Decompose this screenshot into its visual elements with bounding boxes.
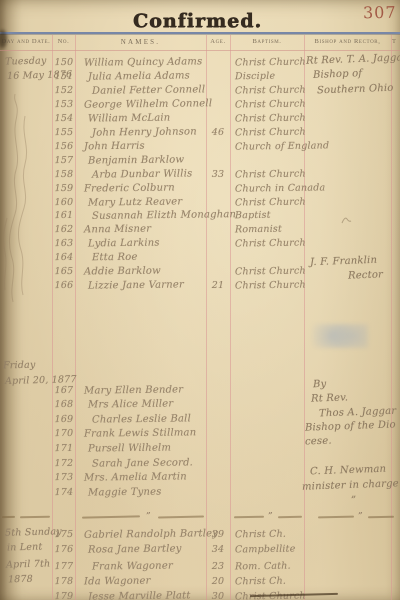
row-age: 33 <box>206 169 230 180</box>
row-number: 158 <box>53 168 75 179</box>
row-date: April 7th <box>6 558 51 570</box>
row-number: 172 <box>53 457 75 468</box>
row-age: 34 <box>206 544 230 555</box>
row-number: 155 <box>53 127 75 138</box>
row-name: Rosa Jane Bartley <box>88 543 182 555</box>
row-name: Julia Amelia Adams <box>88 70 190 82</box>
column-rule <box>230 35 231 600</box>
column-rule <box>75 35 76 600</box>
page-title: Confirmed. <box>133 10 262 32</box>
row-number: 176 <box>53 544 75 555</box>
row-name: Charles Leslie Ball <box>92 413 191 425</box>
row-name: Susannah Elizth Monaghan <box>92 210 236 223</box>
row-name: Lizzie Jane Varner <box>88 280 184 292</box>
bishop-annotation: C. H. Newman <box>310 464 387 478</box>
row-name: Frank Wagoner <box>92 561 173 573</box>
row-date: April 20, 1877 <box>5 374 77 387</box>
row-name: Mrs. Amelia Martin <box>84 471 187 483</box>
column-rule <box>206 35 207 600</box>
row-date: 5th Sunday <box>5 526 62 538</box>
row-number: 177 <box>53 561 75 572</box>
row-baptism: Christ Church <box>235 266 306 278</box>
page-number: 307 <box>363 3 397 23</box>
ditto-dash <box>278 516 302 518</box>
row-baptism: Rom. Cath. <box>235 561 291 573</box>
bishop-annotation: Thos A. Jaggar <box>319 406 397 420</box>
row-date: Tuesday <box>5 55 47 67</box>
row-baptism: Disciple <box>235 71 275 83</box>
row-name: Daniel Fetter Connell <box>92 84 205 96</box>
ditto-mark: ” <box>268 512 273 522</box>
row-number: 161 <box>53 210 75 221</box>
bishop-annotation: Bishop of the Dio <box>305 419 396 433</box>
row-number: 167 <box>53 384 75 395</box>
bishop-annotation: Bishop of <box>313 68 363 81</box>
row-baptism: Romanist <box>235 224 282 236</box>
row-name: George Wilhelm Connell <box>84 98 212 111</box>
column-header-no: No. <box>52 38 75 49</box>
ditto-dash <box>158 516 204 518</box>
row-number: 169 <box>53 413 75 424</box>
row-number: 152 <box>53 85 75 96</box>
column-header-cutoff: T <box>392 38 400 49</box>
ditto-mark: ” <box>146 512 151 522</box>
bishop-annotation: Southern Ohio <box>317 83 394 97</box>
row-baptism: Church of England <box>235 140 329 152</box>
row-number: 173 <box>53 472 75 483</box>
row-baptism: Christ Church <box>235 126 306 138</box>
ditto-dash <box>234 516 264 518</box>
row-number: 166 <box>53 280 75 291</box>
row-name: William McLain <box>88 112 171 124</box>
row-name: Jesse Marville Platt <box>88 590 191 600</box>
row-baptism: Christ Church <box>235 84 306 96</box>
row-name: Maggie Tynes <box>88 486 162 498</box>
row-name: Sarah Jane Secord. <box>92 457 193 469</box>
row-name: William Quincy Adams <box>84 56 203 68</box>
bishop-annotation: J. F. Franklin <box>310 255 377 268</box>
row-date: Friday <box>3 360 36 372</box>
row-baptism: Christ Church <box>235 112 306 124</box>
row-name: Anna Misner <box>84 224 151 236</box>
row-age: 23 <box>206 561 230 572</box>
row-name: Etta Roe <box>92 252 138 264</box>
ditto-dash <box>82 515 140 518</box>
row-number: 153 <box>53 99 75 110</box>
column-header-baptism: Baptism. <box>230 38 304 49</box>
row-baptism: Christ Church <box>235 196 306 208</box>
row-name: Mary Ellen Bender <box>84 384 183 396</box>
row-number: 171 <box>53 443 75 454</box>
row-number: 165 <box>53 266 75 277</box>
ink-stain <box>312 324 368 348</box>
register-page: 307 Confirmed. Day and Date. No. NAMES. … <box>0 0 400 600</box>
row-baptism: Christ Ch. <box>235 529 286 541</box>
row-date: in Lent <box>7 542 43 554</box>
row-name: John Henry Johnson <box>92 126 197 138</box>
stray-ink-mark <box>340 214 352 226</box>
ditto-dash <box>2 516 15 518</box>
row-baptism: Church in Canada <box>235 182 325 194</box>
row-number: 170 <box>53 428 75 439</box>
header-rule <box>0 32 400 34</box>
ditto-dash <box>20 516 50 518</box>
column-header-date: Day and Date. <box>0 38 52 49</box>
row-number: 163 <box>53 238 75 249</box>
row-name: Mary Lutz Reaver <box>88 196 182 208</box>
row-name: Lydia Larkins <box>88 238 160 250</box>
header-underline <box>0 50 400 51</box>
bishop-annotation: ” <box>351 495 357 506</box>
row-name: John Harris <box>84 140 145 152</box>
row-number: 156 <box>53 140 75 151</box>
row-baptism: Campbellite <box>235 544 296 556</box>
row-name: Gabriel Randolph Bartley <box>84 528 218 541</box>
row-baptism: Christ Church <box>235 238 306 250</box>
marginal-note-illegible <box>0 90 34 310</box>
row-name: Mrs Alice Miller <box>88 399 174 411</box>
row-age: 20 <box>206 576 230 587</box>
bishop-annotation: Rector <box>348 269 383 281</box>
row-number: 150 <box>53 57 75 68</box>
row-number: 160 <box>53 196 75 207</box>
row-baptism: Christ Church <box>235 168 306 180</box>
row-age: 30 <box>206 591 230 600</box>
row-number: 162 <box>53 224 75 235</box>
row-date: 1878 <box>8 574 33 586</box>
bishop-annotation: cese. <box>305 436 332 448</box>
row-number: 178 <box>53 576 75 587</box>
row-name: Ida Wagoner <box>84 576 151 588</box>
row-name: Addie Barklow <box>84 266 161 278</box>
row-name: Frederic Colburn <box>84 182 175 194</box>
row-name: Pursell Wilhelm <box>88 442 171 454</box>
row-age: 46 <box>206 127 230 138</box>
row-number: 159 <box>53 182 75 193</box>
row-name: Benjamin Barklow <box>88 154 184 166</box>
row-number: 154 <box>53 113 75 124</box>
row-number: 179 <box>53 591 75 600</box>
row-name: Frank Lewis Stillman <box>84 428 196 440</box>
row-age: 39 <box>206 529 230 540</box>
column-header-bishop: Bishop and Rector, <box>304 38 391 49</box>
row-number: 168 <box>53 399 75 410</box>
ditto-mark: ” <box>358 512 363 522</box>
row-baptism: Christ Ch. <box>235 576 286 588</box>
bishop-annotation: By <box>313 379 327 390</box>
bishop-annotation: Rt Rev. <box>311 392 349 404</box>
row-baptism: Christ Church <box>235 280 306 292</box>
row-date: 16 May 1876 <box>7 69 73 82</box>
column-header-names: NAMES. <box>75 38 206 49</box>
row-number: 157 <box>53 154 75 165</box>
row-baptism: Christ Church <box>235 57 306 69</box>
row-number: 164 <box>53 252 75 263</box>
ditto-dash <box>318 516 354 518</box>
row-name: Arba Dunbar Willis <box>92 168 193 180</box>
row-baptism: Christ Church <box>235 98 306 110</box>
column-header-age: Age. <box>206 38 230 49</box>
row-baptism: Baptist <box>235 210 271 221</box>
bishop-annotation: minister in charge <box>302 478 399 492</box>
row-number: 174 <box>53 486 75 497</box>
row-age: 21 <box>206 280 230 291</box>
bishop-annotation: Rt Rev. T. A. Jaggar <box>306 52 400 67</box>
